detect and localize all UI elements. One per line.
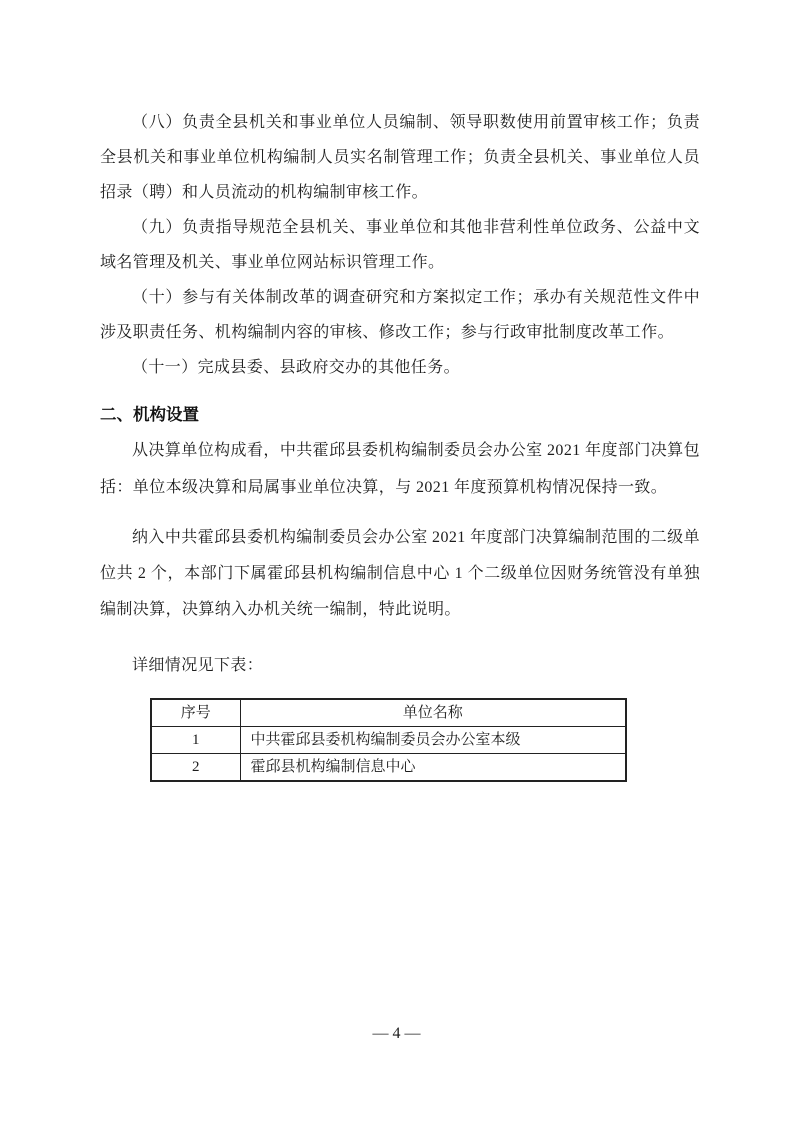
document-body: （八）负责全县机关和事业单位人员编制、领导职数使用前置审核工作；负责全县机关和事… (0, 0, 793, 782)
document-page: （八）负责全县机关和事业单位人员编制、领导职数使用前置审核工作；负责全县机关和事… (0, 0, 793, 1122)
duty-paragraph-11: （十一）完成县委、县政府交办的其他任务。 (100, 350, 700, 385)
section-heading-organization-setup: 二、机构设置 (100, 397, 700, 432)
table-row: 2 霍邱县机构编制信息中心 (151, 754, 626, 782)
table-intro-text: 详细情况见下表： (100, 648, 700, 683)
section2-paragraph-2: 纳入中共霍邱县委机构编制委员会办公室 2021 年度部门决算编制范围的二级单位共… (100, 520, 700, 628)
table-row: 1 中共霍邱县委机构编制委员会办公室本级 (151, 727, 626, 754)
page-number: — 4 — (0, 1022, 793, 1046)
table-cell-serial: 2 (151, 754, 240, 782)
section2-paragraph-1: 从决算单位构成看，中共霍邱县委机构编制委员会办公室 2021 年度部门决算包括：… (100, 432, 700, 506)
duty-paragraph-10: （十）参与有关体制改革的调查研究和方案拟定工作；承办有关规范性文件中涉及职责任务… (100, 280, 700, 350)
table-cell-unit-name: 中共霍邱县委机构编制委员会办公室本级 (240, 727, 626, 754)
table-cell-serial: 1 (151, 727, 240, 754)
table-cell-unit-name: 霍邱县机构编制信息中心 (240, 754, 626, 782)
units-table: 序号 单位名称 1 中共霍邱县委机构编制委员会办公室本级 2 霍邱县机构编制信息… (150, 698, 627, 782)
duty-paragraph-8: （八）负责全县机关和事业单位人员编制、领导职数使用前置审核工作；负责全县机关和事… (100, 105, 700, 210)
duty-paragraph-9: （九）负责指导规范全县机关、事业单位和其他非营利性单位政务、公益中文域名管理及机… (100, 210, 700, 280)
table-header-unit-name: 单位名称 (240, 699, 626, 727)
table-header-serial-number: 序号 (151, 699, 240, 727)
table-header-row: 序号 单位名称 (151, 699, 626, 727)
